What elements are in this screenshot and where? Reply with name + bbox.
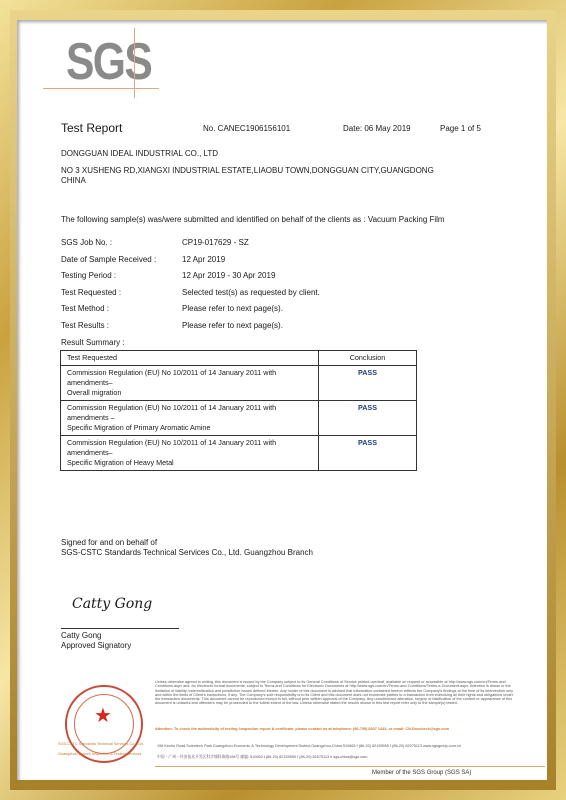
field-label: Test Results : <box>61 321 109 331</box>
test-requested-cell: Commission Regulation (EU) No 10/2011 of… <box>61 401 319 436</box>
header-test-requested: Test Requested <box>61 351 319 366</box>
signing-company: SGS-CSTC Standards Technical Services Co… <box>61 548 313 558</box>
table-row: Commission Regulation (EU) No 10/2011 of… <box>61 436 417 471</box>
sgs-logo: SGS <box>43 28 163 100</box>
test-requested-cell: Commission Regulation (EU) No 10/2011 of… <box>61 436 319 471</box>
sgs-logo-text: SGS <box>66 32 151 92</box>
conclusion-cell: PASS <box>319 366 417 401</box>
field-value: 12 Apr 2019 <box>182 255 225 265</box>
field-label: Testing Period : <box>61 271 116 281</box>
test-line1: Commission Regulation (EU) No 10/2011 of… <box>67 368 312 388</box>
sgs-member-note: Member of the SGS Group (SGS SA) <box>372 770 471 776</box>
header-conclusion: Conclusion <box>319 351 417 366</box>
conclusion-cell: PASS <box>319 436 417 471</box>
field-value: Selected test(s) as requested by client. <box>182 288 320 298</box>
report-date: Date: 06 May 2019 <box>343 124 411 133</box>
test-line2: Specific Migration of Primary Aromatic A… <box>67 423 312 433</box>
client-name: DONGGUAN IDEAL INDUSTRIAL CO., LTD <box>61 149 218 159</box>
signatory-title: Approved Signatory <box>61 641 131 651</box>
signatory-name: Catty Gong <box>61 631 101 641</box>
address-chinese: 中国・广州・经济技术开发区科学城科珠路198号 邮编: 510663 t (86… <box>157 755 517 759</box>
field-value: Please refer to next page(s). <box>182 321 283 331</box>
signature: Catty Gong <box>72 596 152 612</box>
test-line2: Specific Migration of Heavy Metal <box>67 458 312 468</box>
field-value: Please refer to next page(s). <box>182 304 283 314</box>
page-indicator: Page 1 of 5 <box>440 124 481 133</box>
logo-rule-horizontal <box>43 88 159 89</box>
logo-rule-vertical <box>134 28 135 98</box>
footer-rule <box>155 766 545 767</box>
test-line1: Commission Regulation (EU) No 10/2011 of… <box>67 438 312 458</box>
authenticity-notice: Attention: To check the authenticity of … <box>155 727 515 731</box>
report-number: No. CANEC1906156101 <box>203 124 290 133</box>
sample-intro: The following sample(s) was/were submitt… <box>61 215 445 225</box>
signed-behalf-line: Signed for and on behalf of <box>61 538 157 548</box>
disclaimer-text: Unless otherwise agreed in writing, this… <box>155 680 515 706</box>
result-summary-label: Result Summary : <box>61 338 125 348</box>
test-requested-cell: Commission Regulation (EU) No 10/2011 of… <box>61 366 319 401</box>
field-value: 12 Apr 2019 - 30 Apr 2019 <box>182 271 275 281</box>
signature-line <box>61 628 179 629</box>
field-label: SGS Job No. : <box>61 238 112 248</box>
stamp-lab-line1: SGS-CSTC Standards Technical Services Co… <box>58 742 153 746</box>
test-line1: Commission Regulation (EU) No 10/2011 of… <box>67 403 312 423</box>
result-summary-table: Test Requested Conclusion Commission Reg… <box>60 350 417 471</box>
table-row: Commission Regulation (EU) No 10/2011 of… <box>61 366 417 401</box>
table-row: Commission Regulation (EU) No 10/2011 of… <box>61 401 417 436</box>
address-english: 198 Kezhu Road,Scientech Park Guangzhou … <box>157 744 517 748</box>
test-line2: Overall migration <box>67 388 312 398</box>
field-label: Date of Sample Received : <box>61 255 156 265</box>
field-label: Test Method : <box>61 304 109 314</box>
field-label: Test Requested : <box>61 288 121 298</box>
table-header-row: Test Requested Conclusion <box>61 351 417 366</box>
stamp-lab-line2: Guangzhou Branch Inspection & Testing Se… <box>58 752 153 756</box>
star-icon: ★ <box>94 703 112 728</box>
report-title: Test Report <box>61 121 122 135</box>
field-value: CP19-017629 - SZ <box>182 238 249 248</box>
client-address-line2: CHINA <box>61 176 86 186</box>
client-address-line1: NO 3 XUSHENG RD,XIANGXI INDUSTRIAL ESTAT… <box>61 166 434 176</box>
conclusion-cell: PASS <box>319 401 417 436</box>
